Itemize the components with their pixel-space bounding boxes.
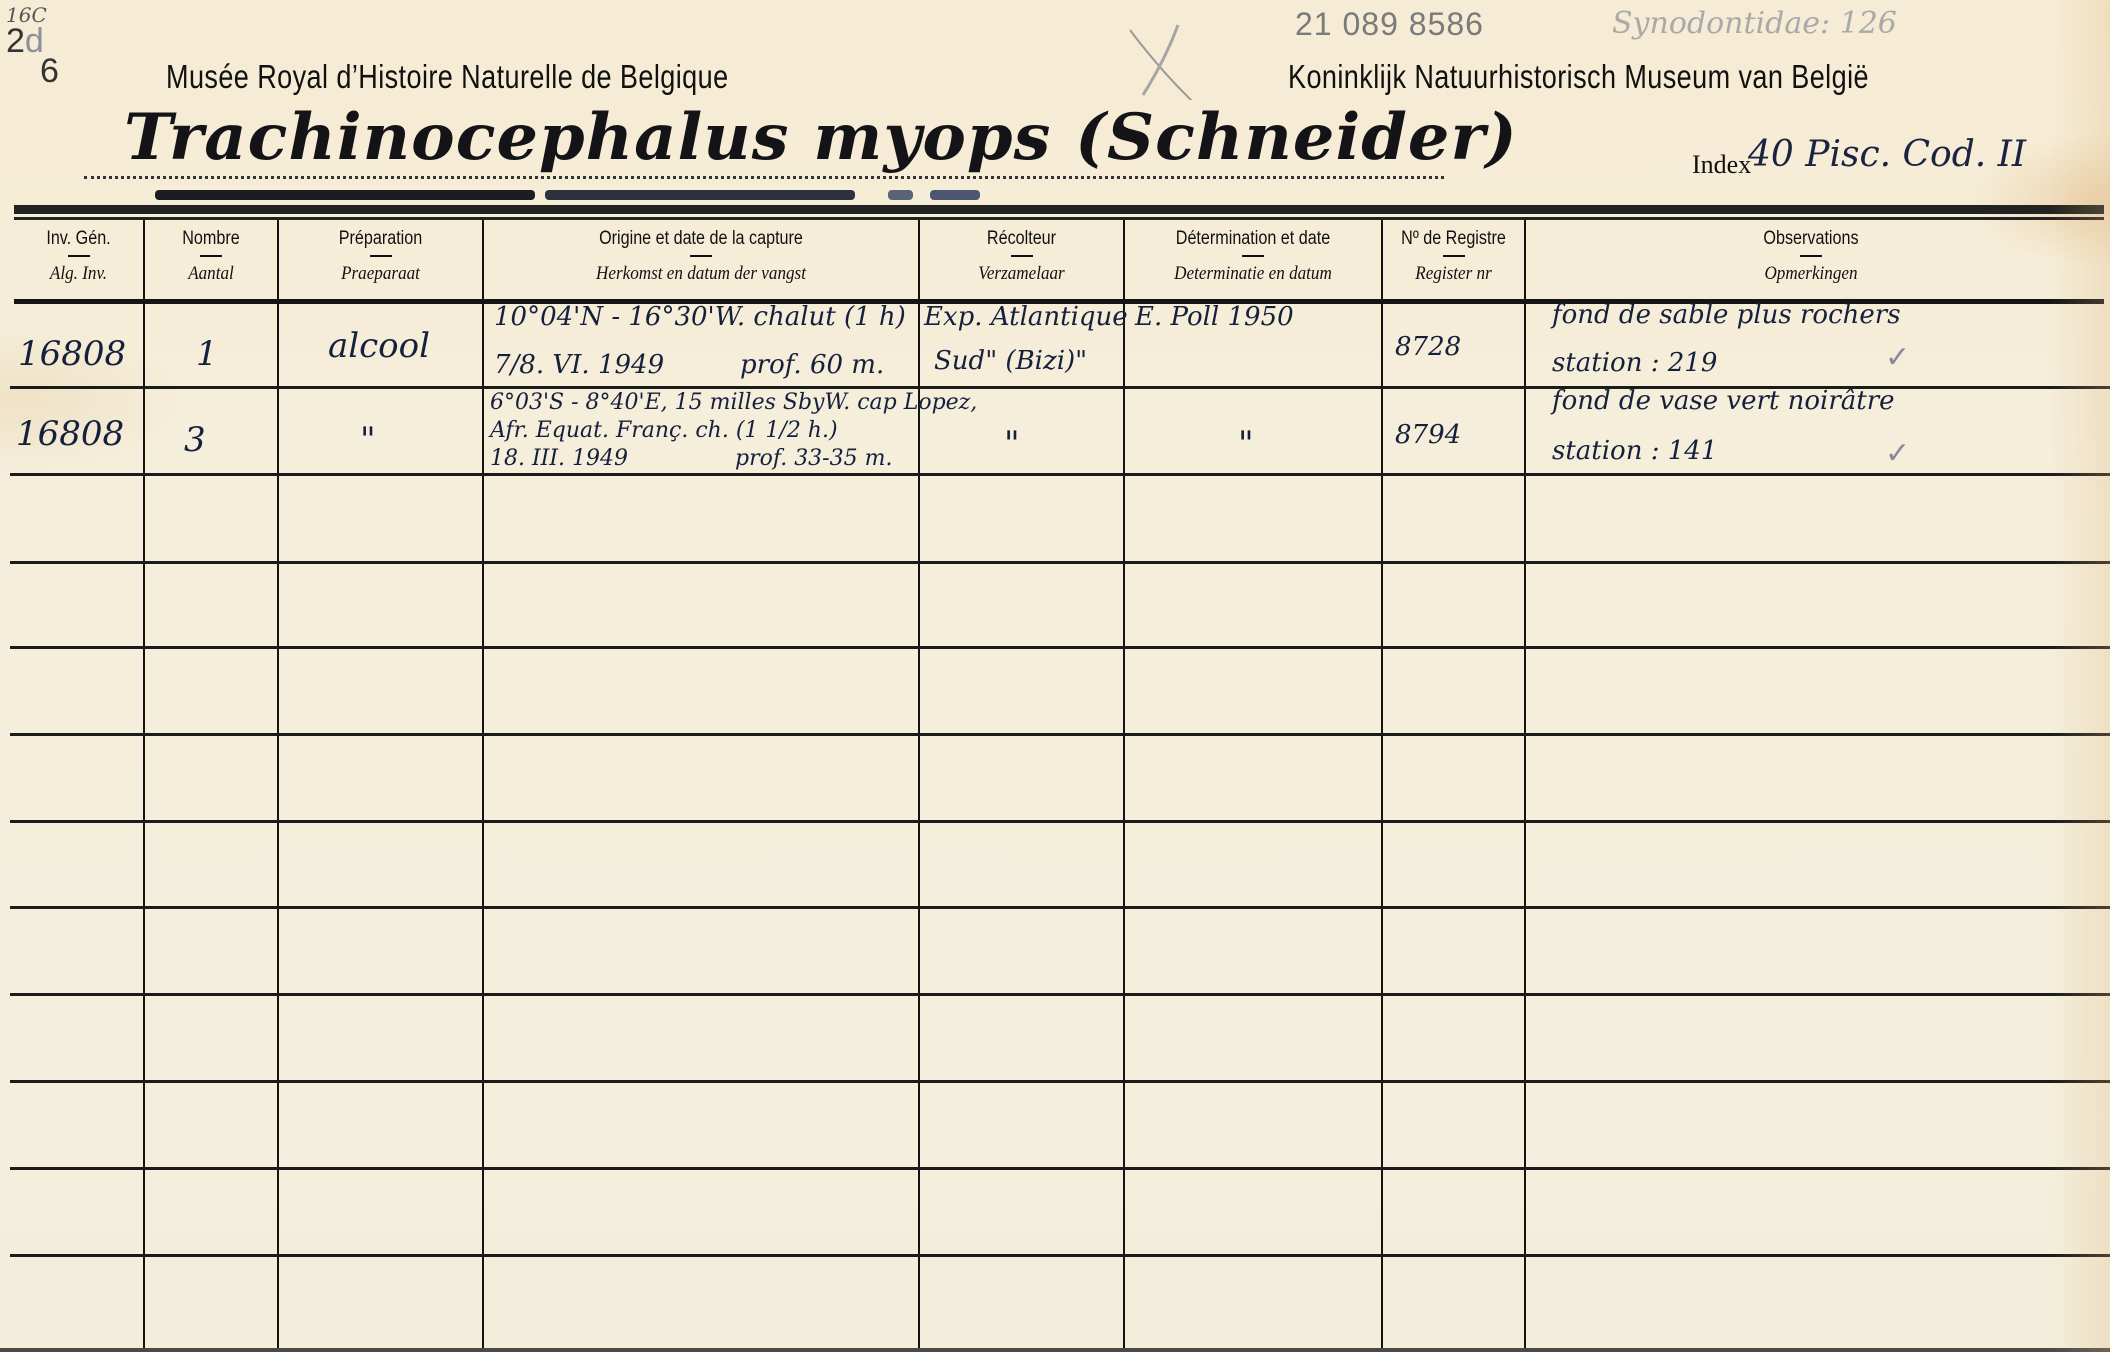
institution-title-fr: Musée Royal d’Histoire Naturelle de Belg… [166, 58, 729, 96]
row1-origine-coords: 10°04'N - 16°30'W. chalut (1 h) [494, 302, 906, 332]
row1-recolteur-line1: Exp. Atlantique [924, 302, 1128, 332]
row1-origine-depth: prof. 60 m. [740, 350, 884, 380]
grid-hline [10, 1080, 2110, 1083]
row1-inv: 16808 [18, 334, 126, 374]
species-underline-genus [155, 190, 535, 200]
row1-observations-line2: station : 219 [1552, 348, 1717, 378]
grid-hline [10, 733, 2110, 736]
col-header-recolteur: RécolteurVerzamelaar [920, 220, 1123, 300]
row2-recolteur: " [1004, 424, 1020, 464]
species-underline-mark-b [930, 190, 980, 200]
grid-hline [10, 993, 2110, 996]
col-header-inv: Inv. Gén.Alg. Inv. [14, 220, 143, 300]
index-value: 40 Pisc. Cod. II [1748, 134, 2026, 175]
corner-note-bottom: 6 [40, 52, 59, 90]
row1-registre: 8728 [1395, 332, 1461, 362]
grid-hline [10, 820, 2110, 823]
row2-check-icon: ✓ [1885, 436, 1910, 471]
row2-nombre: 3 [184, 420, 206, 460]
grid-hline [10, 1167, 2110, 1170]
catalog-card: 16C 2d 6 21 089 8586 Synodontidae: 126 M… [0, 0, 2110, 1352]
col-header-origine: Origine et date de la captureHerkomst en… [484, 220, 918, 300]
grid-hline [10, 561, 2110, 564]
row1-observations-line1: fond de sable plus rochers [1552, 300, 1901, 330]
row2-preparation: " [360, 420, 376, 460]
grid-vline [1123, 220, 1125, 1348]
grid-vline [1381, 220, 1383, 1348]
species-dotted-line [84, 176, 1444, 179]
species-underline-epithet [545, 190, 855, 200]
col-header-registre: Nº de RegistreRegister nr [1383, 220, 1524, 300]
row1-determination: E. Poll 1950 [1135, 302, 1294, 332]
row2-origine-locality: Afr. Equat. Franç. ch. (1 1/2 h.) [490, 418, 838, 443]
row2-registre: 8794 [1395, 420, 1461, 450]
species-underline-mark-a [888, 190, 913, 200]
grid-vline [143, 220, 145, 1348]
row2-origine-date: 18. III. 1949 [490, 446, 628, 471]
row1-check-icon: ✓ [1885, 340, 1910, 375]
row2-observations-line1: fond de vase vert noirâtre [1552, 386, 1895, 416]
col-header-observations: ObservationsOpmerkingen [1526, 220, 2096, 300]
col-header-nombre: NombreAantal [145, 220, 277, 300]
grid-hline [10, 646, 2110, 649]
row1-nombre: 1 [196, 334, 218, 374]
catalog-number: 21 089 8586 [1295, 6, 1484, 43]
row2-origine-coords: 6°03'S - 8°40'E, 15 milles SbyW. cap Lop… [490, 390, 977, 415]
row2-observations-line2: station : 141 [1552, 436, 1717, 466]
corner-pencil-notes: 16C 2d 6 [6, 2, 59, 88]
header-rule-thick [14, 205, 2104, 214]
col-header-determination: Détermination et dateDeterminatie en dat… [1125, 220, 1381, 300]
row1-origine-date: 7/8. VI. 1949 [494, 350, 664, 380]
cross-mark-icon [1115, 20, 1195, 100]
institution-title-nl: Koninklijk Natuurhistorisch Museum van B… [1288, 58, 1869, 96]
col-header-preparation: PréparationPraeparaat [279, 220, 482, 300]
row2-origine-depth: prof. 33-35 m. [735, 446, 892, 471]
grid-hline [10, 906, 2110, 909]
grid-hline [10, 473, 2110, 476]
grid-vline [1524, 220, 1526, 1348]
row2-determination: " [1238, 424, 1254, 464]
card-bottom-edge [0, 1348, 2110, 1352]
grid-hline [10, 1254, 2110, 1257]
corner-note-mid: 2 [6, 22, 25, 60]
grid-vline [482, 220, 484, 1348]
table-header: Inv. Gén.Alg. Inv. NombreAantal Préparat… [0, 220, 2110, 300]
grid-vline [277, 220, 279, 1348]
row1-recolteur-line2: Sud" (Bizi)" [934, 346, 1087, 376]
row1-preparation: alcool [328, 326, 430, 366]
row2-inv: 16808 [16, 414, 124, 454]
family-pencil-note: Synodontidae: 126 [1612, 6, 1897, 41]
index-label: Index [1692, 150, 1751, 180]
species-name: Trachinocephalus myops (Schneider) [124, 100, 1518, 175]
